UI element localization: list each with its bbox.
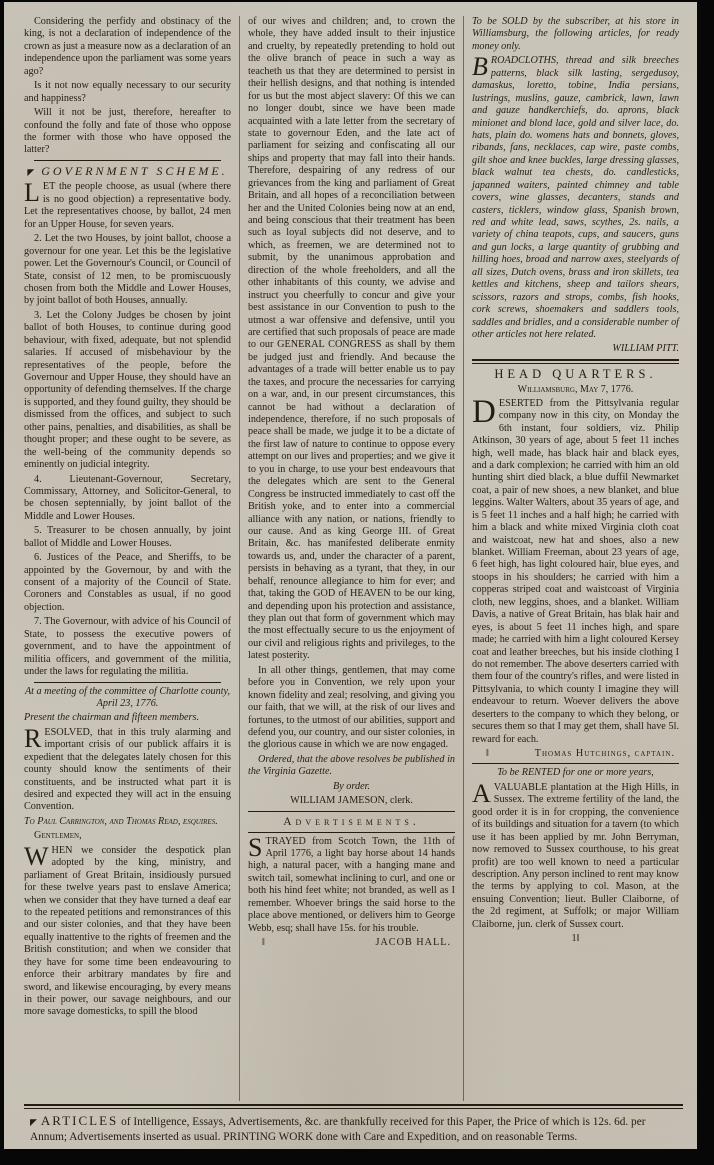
- manicule-ornament-icon: ◤: [30, 1117, 41, 1127]
- section-divider: [248, 832, 455, 833]
- to-be-sold-intro: To be SOLD by the subscriber, at his sto…: [472, 16, 679, 53]
- footer-notice: ◤ARTICLES of Intelligence, Essays, Adver…: [24, 1113, 683, 1145]
- middle-continuation-paragraph: of our wives and children; and, to crown…: [248, 16, 455, 663]
- section-divider: [34, 682, 221, 683]
- meeting-present-line: Present the chairman and fifteen members…: [24, 712, 231, 724]
- rented-advertisement-text: VALUABLE plantation at the High Hills, i…: [472, 782, 679, 930]
- drop-cap-W: W: [24, 845, 52, 867]
- head-quarters-heading: HEAD QUARTERS.: [472, 367, 679, 382]
- drop-cap-D: D: [472, 398, 499, 426]
- advertisements-heading: Advertisements.: [248, 815, 455, 829]
- when-paragraph-text: HEN we consider the despotick plan adopt…: [24, 845, 231, 1018]
- scheme-item-1: LET the people choose, as usual (where t…: [24, 181, 231, 231]
- footer-first-word: ARTICLES: [41, 1113, 118, 1128]
- jameson-signature: WILLIAM JAMESON, clerk.: [248, 795, 455, 807]
- meeting-dateline: At a meeting of the committee of Charlot…: [24, 686, 231, 711]
- broadcloths-advertisement: BROADCLOTHS, thread and silk breeches pa…: [472, 55, 679, 341]
- drop-cap-S: S: [248, 836, 265, 858]
- columns-container: Considering the perfidy and obstinacy of…: [16, 16, 687, 1101]
- drop-cap-L: L: [24, 181, 43, 203]
- scheme-item-7: 7. The Governour, with advice of his Cou…: [24, 616, 231, 678]
- strayed-advertisement: STRAYED from Scotch Town, the 11th of Ap…: [248, 836, 455, 936]
- column-middle: of our wives and children; and, to crown…: [239, 16, 463, 1101]
- left-para-necessary: Is it not now equally necessary to our s…: [24, 80, 231, 105]
- rented-advertisement: AVALUABLE plantation at the High Hills, …: [472, 782, 679, 931]
- ordered-line: Ordered, that the above resolves be publ…: [248, 754, 455, 779]
- strayed-advertisement-text: TRAYED from Scotch Town, the 11th of Apr…: [248, 836, 455, 934]
- scheme-item-6: 6. Justices of the Peace, and Sheriffs, …: [24, 552, 231, 614]
- footer-top-rule: [24, 1104, 683, 1110]
- government-scheme-heading: ◤GOVERNMENT SCHEME.: [24, 164, 231, 179]
- scheme-item-1-text: ET the people choose, as usual (where th…: [24, 181, 231, 229]
- section-mark: ‖: [248, 937, 265, 949]
- column-right: To be SOLD by the subscriber, at his sto…: [463, 16, 687, 1101]
- section-divider: [472, 359, 679, 365]
- section-divider: [248, 811, 455, 812]
- broadcloths-advertisement-text: ROADCLOTHS, thread and silk breeches pat…: [472, 55, 679, 340]
- section-mark: ‖: [472, 748, 489, 760]
- scheme-item-3: 3. Let the Colony Judges be chosen by jo…: [24, 310, 231, 472]
- drop-cap-B: B: [472, 55, 491, 77]
- left-para-confound: Will it not be just, therefore, hereafte…: [24, 107, 231, 157]
- section-divider: [472, 763, 679, 764]
- middle-other-things-paragraph: In all other things, gentlemen, that may…: [248, 665, 455, 752]
- deserted-notice: DESERTED from the Pittsylvania regular c…: [472, 398, 679, 746]
- resolved-paragraph: RESOLVED, that in this truly alarming an…: [24, 727, 231, 814]
- scheme-item-2: 2. Let the two Houses, by joint ballot, …: [24, 233, 231, 308]
- resolved-paragraph-text: ESOLVED, that in this truly alarming and…: [24, 727, 231, 813]
- strayed-signature-line: ‖ JACOB HALL.: [248, 937, 455, 949]
- by-order-line: By order.: [248, 781, 455, 793]
- salutation: Gentlemen,: [24, 830, 231, 842]
- jacob-hall-signature: JACOB HALL.: [375, 937, 455, 949]
- hutchings-signature: Thomas Hutchings, captain.: [535, 748, 679, 760]
- footer-banner: ◤ARTICLES of Intelligence, Essays, Adver…: [16, 1101, 687, 1149]
- scheme-item-5: 5. Treasurer to be chosen annually, by j…: [24, 525, 231, 550]
- drop-cap-R: R: [24, 727, 44, 749]
- head-quarters-dateline: Williamsburg, May 7, 1776.: [472, 384, 679, 396]
- address-line: To Paul Carrington, and Thomas Read, esq…: [24, 816, 231, 828]
- footer-notice-text: of Intelligence, Essays, Advertisements,…: [30, 1116, 645, 1143]
- section-divider: [34, 160, 221, 161]
- deserted-signature-line: ‖ Thomas Hutchings, captain.: [472, 748, 679, 760]
- government-scheme-heading-text: GOVERNMENT SCHEME.: [41, 164, 227, 178]
- deserted-notice-text: ESERTED from the Pittsylvania regular co…: [472, 398, 679, 745]
- manicule-ornament-icon: ◤: [27, 167, 41, 177]
- left-para-perfidy: Considering the perfidy and obstinacy of…: [24, 16, 231, 78]
- drop-cap-A: A: [472, 782, 494, 804]
- to-be-rented-heading: To be RENTED for one or more years,: [472, 767, 679, 779]
- newspaper-page: Considering the perfidy and obstinacy of…: [4, 2, 697, 1149]
- when-paragraph: WHEN we consider the despotick plan adop…: [24, 845, 231, 1019]
- scheme-item-4: 4. Lieutenant-Governour, Secretary, Comm…: [24, 474, 231, 524]
- william-pitt-signature: WILLIAM PITT.: [472, 343, 679, 355]
- rented-end-mark: 1‖: [472, 933, 679, 945]
- column-left: Considering the perfidy and obstinacy of…: [16, 16, 239, 1101]
